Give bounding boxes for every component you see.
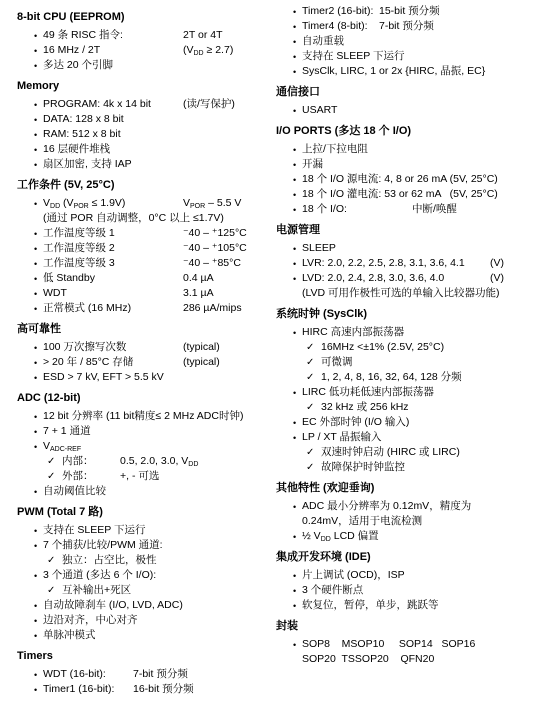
- list-item: •18 个 I/O 灌电流: 53 or 62 mA (5V, 25°C): [276, 187, 530, 202]
- section-title: 其他特性 (欢迎垂询): [276, 481, 530, 496]
- bullet-icon: •: [34, 614, 37, 629]
- list-item: •自动阈值比较: [17, 484, 261, 499]
- bullet-icon: •: [34, 257, 37, 272]
- item-text: VDD (VPOR ≤ 1.9V): [43, 197, 125, 209]
- bullet-icon: •: [293, 242, 296, 257]
- item-list: •SOP8 MSOP10 SOP14 SOP16SOP20 TSSOP20 QF…: [276, 637, 530, 667]
- bullet-icon: •: [34, 341, 37, 356]
- list-item: •Timer4 (8-bit):7-bit 预分频: [276, 19, 530, 34]
- list-item: •7 个捕获/比较/PWM 通道:: [17, 538, 261, 553]
- item-text: (通过 POR 自动调整，0°C 以上 ≤1.7V): [43, 212, 224, 224]
- list-item: ✓可微调: [276, 355, 530, 370]
- item-list: •100 万次擦写次数(typical)•> 20 年 / 85°C 存储(ty…: [17, 340, 261, 385]
- bullet-icon: •: [34, 287, 37, 302]
- item-text: LP / XT 晶振输入: [302, 431, 382, 443]
- section-title: PWM (Total 7 路): [17, 505, 261, 520]
- bullet-icon: •: [293, 386, 296, 401]
- item-text: 支持在 SLEEP 下运行: [43, 524, 146, 536]
- item-text: Timer1 (16-bit):: [43, 683, 114, 695]
- item-value: ⁻40 – ⁺125°C: [183, 226, 247, 241]
- item-text: LIRC 低功耗低速内部振荡器: [302, 386, 434, 398]
- bullet-icon: •: [34, 272, 37, 287]
- list-item: •PROGRAM: 4k x 14 bit(读/写保护): [17, 97, 261, 112]
- bullet-icon: •: [34, 242, 37, 257]
- bullet-icon: •: [34, 59, 37, 74]
- item-text: 18 个 I/O 源电流: 4, 8 or 26 mA (5V, 25°C): [302, 173, 498, 185]
- bullet-icon: •: [34, 113, 37, 128]
- bullet-icon: •: [293, 20, 296, 35]
- list-item: ✓内部：0.5, 2.0, 3.0, VDD: [17, 454, 261, 469]
- item-text: 软复位，暂停，单步，跳跃等: [302, 599, 439, 611]
- list-item: •12 bit 分辨率 (11 bit精度≤ 2 MHz ADC时钟): [17, 409, 261, 424]
- bullet-icon: •: [34, 485, 37, 500]
- list-item: (通过 POR 自动调整，0°C 以上 ≤1.7V): [17, 211, 261, 226]
- list-item: •LP / XT 晶振输入: [276, 430, 530, 445]
- feature-section: 集成开发环境 (IDE)•片上调试 (OCD)，ISP•3 个硬件断点•软复位，…: [276, 550, 530, 613]
- item-text: PROGRAM: 4k x 14 bit: [43, 98, 151, 110]
- item-text: Timer4 (8-bit):: [302, 20, 368, 32]
- bullet-icon: •: [34, 524, 37, 539]
- item-text: 互补输出+死区: [62, 584, 131, 596]
- bullet-icon: •: [34, 440, 37, 455]
- bullet-icon: •: [34, 128, 37, 143]
- bullet-icon: •: [293, 326, 296, 341]
- item-text: 16 层硬件堆栈: [43, 143, 110, 155]
- item-value: 3.1 µA: [183, 286, 214, 301]
- list-item: •3 个通道 (多达 6 个 I/O):: [17, 568, 261, 583]
- item-text: 1, 2, 4, 8, 16, 32, 64, 128 分频: [321, 371, 462, 383]
- item-value: ⁻40 – ⁺85°C: [183, 256, 241, 271]
- item-text: SOP8 MSOP10 SOP14 SOP16: [302, 638, 475, 650]
- item-text: 自动阈值比较: [43, 485, 106, 497]
- list-item: •LVR: 2.0, 2.2, 2.5, 2.8, 3.1, 3.6, 4.1(…: [276, 256, 530, 271]
- bullet-icon: •: [293, 203, 296, 218]
- item-text: LVD: 2.0, 2.4, 2.8, 3.0, 3.6, 4.0: [302, 272, 444, 284]
- feature-section: 8-bit CPU (EEPROM)•49 条 RISC 指令:2T or 4T…: [17, 10, 261, 73]
- item-text: VADC-REF: [43, 440, 81, 452]
- item-text: ESD > 7 kV, EFT > 5.5 kV: [43, 371, 164, 383]
- item-text: 开漏: [302, 158, 323, 170]
- item-list: •支持在 SLEEP 下运行•7 个捕获/比较/PWM 通道:✓独立：占空比，极…: [17, 523, 261, 643]
- section-title: 高可靠性: [17, 322, 261, 337]
- feature-section: •Timer2 (16-bit):15-bit 预分频•Timer4 (8-bi…: [276, 4, 530, 79]
- bullet-icon: •: [293, 50, 296, 65]
- item-text: 边沿对齐，中心对齐: [43, 614, 138, 626]
- item-text: WDT (16-bit):: [43, 668, 106, 680]
- list-item: •3 个硬件断点: [276, 583, 530, 598]
- list-item: •支持在 SLEEP 下运行: [276, 49, 530, 64]
- section-title: 电源管理: [276, 223, 530, 238]
- bullet-icon: •: [293, 104, 296, 119]
- item-text: SysClk, LIRC, 1 or 2x {HIRC, 晶振, EC}: [302, 65, 485, 77]
- bullet-icon: •: [34, 569, 37, 584]
- bullet-icon: •: [293, 158, 296, 173]
- list-item: ✓1, 2, 4, 8, 16, 32, 64, 128 分频: [276, 370, 530, 385]
- item-list: •SLEEP•LVR: 2.0, 2.2, 2.5, 2.8, 3.1, 3.6…: [276, 241, 530, 301]
- bullet-icon: •: [34, 425, 37, 440]
- list-item: (LVD 可用作极性可选的单输入比较器功能): [276, 286, 530, 301]
- bullet-icon: •: [293, 173, 296, 188]
- list-item: •HIRC 高速内部振荡器: [276, 325, 530, 340]
- list-item: ✓独立：占空比，极性: [17, 553, 261, 568]
- bullet-icon: •: [34, 599, 37, 614]
- feature-section: Timers•WDT (16-bit):7-bit 预分频•Timer1 (16…: [17, 649, 261, 697]
- check-icon: ✓: [306, 400, 314, 415]
- list-item: ✓故障保护时钟监控: [276, 460, 530, 475]
- list-item: •单脉冲模式: [17, 628, 261, 643]
- item-value: +, - 可选: [120, 469, 159, 484]
- list-item: •工作温度等级 2⁻40 – ⁺105°C: [17, 241, 261, 256]
- item-text: HIRC 高速内部振荡器: [302, 326, 404, 338]
- item-text: SLEEP: [302, 242, 336, 254]
- item-value: (读/写保护): [183, 97, 235, 112]
- bullet-icon: •: [293, 530, 296, 545]
- feature-section: 其他特性 (欢迎垂询)•ADC 最小分辨率为 0.12mV，精度为0.24mV，…: [276, 481, 530, 544]
- item-value: 7-bit 预分频: [133, 667, 188, 682]
- list-item: •> 20 年 / 85°C 存储(typical): [17, 355, 261, 370]
- list-item: •工作温度等级 3⁻40 – ⁺85°C: [17, 256, 261, 271]
- list-item: •片上调试 (OCD)，ISP: [276, 568, 530, 583]
- section-title: 封装: [276, 619, 530, 634]
- item-value: (typical): [183, 340, 220, 355]
- section-title: 系统时钟 (SysClk): [276, 307, 530, 322]
- list-item: •SLEEP: [276, 241, 530, 256]
- item-text: 12 bit 分辨率 (11 bit精度≤ 2 MHz ADC时钟): [43, 410, 243, 422]
- bullet-icon: •: [293, 431, 296, 446]
- feature-section: 封装•SOP8 MSOP10 SOP14 SOP16SOP20 TSSOP20 …: [276, 619, 530, 667]
- list-item: •开漏: [276, 157, 530, 172]
- check-icon: ✓: [306, 370, 314, 385]
- section-title: I/O PORTS (多达 18 个 I/O): [276, 124, 530, 139]
- bullet-icon: •: [293, 584, 296, 599]
- bullet-icon: •: [34, 410, 37, 425]
- item-text: 18 个 I/O:: [302, 203, 347, 215]
- item-value: (V): [490, 256, 504, 271]
- item-value: (typical): [183, 355, 220, 370]
- list-item: •Timer1 (16-bit):16-bit 预分频: [17, 682, 261, 697]
- section-title: 通信接口: [276, 85, 530, 100]
- bullet-icon: •: [293, 257, 296, 272]
- feature-section: 工作条件 (5V, 25°C)•VDD (VPOR ≤ 1.9V)VPOR – …: [17, 178, 261, 316]
- item-value: (VDD ≥ 2.7): [183, 43, 233, 58]
- list-item: •扇区加密, 支持 IAP: [17, 157, 261, 172]
- list-item: •边沿对齐，中心对齐: [17, 613, 261, 628]
- item-text: Timer2 (16-bit):: [302, 5, 373, 17]
- section-title: Memory: [17, 79, 261, 94]
- list-item: •16 层硬件堆栈: [17, 142, 261, 157]
- list-item: •支持在 SLEEP 下运行: [17, 523, 261, 538]
- item-value: 0.5, 2.0, 3.0, VDD: [120, 454, 198, 469]
- item-text: 扇区加密, 支持 IAP: [43, 158, 132, 170]
- bullet-icon: •: [34, 371, 37, 386]
- item-text: 18 个 I/O 灌电流: 53 or 62 mA (5V, 25°C): [302, 188, 498, 200]
- bullet-icon: •: [293, 143, 296, 158]
- item-value: (V): [490, 271, 504, 286]
- section-title: Timers: [17, 649, 261, 664]
- list-item: •SOP8 MSOP10 SOP14 SOP16: [276, 637, 530, 652]
- item-value: 16-bit 预分频: [133, 682, 194, 697]
- item-value: 0.4 µA: [183, 271, 214, 286]
- bullet-icon: •: [34, 197, 37, 212]
- item-list: •HIRC 高速内部振荡器✓16MHz <±1% (2.5V, 25°C)✓可微…: [276, 325, 530, 475]
- item-text: 32 kHz 或 256 kHz: [321, 401, 409, 413]
- bullet-icon: •: [34, 29, 37, 44]
- section-title: ADC (12-bit): [17, 391, 261, 406]
- list-item: •EC 外部时钟 (I/O 输入): [276, 415, 530, 430]
- item-text: WDT: [43, 287, 67, 299]
- list-item: •VADC-REF: [17, 439, 261, 454]
- item-value: 2T or 4T: [183, 28, 223, 43]
- item-text: 工作温度等级 2: [43, 242, 115, 254]
- item-list: •USART: [276, 103, 530, 118]
- item-text: 7 个捕获/比较/PWM 通道:: [43, 539, 163, 551]
- list-item: •多达 20 个引脚: [17, 58, 261, 73]
- check-icon: ✓: [306, 460, 314, 475]
- check-icon: ✓: [47, 469, 55, 484]
- feature-section: 电源管理•SLEEP•LVR: 2.0, 2.2, 2.5, 2.8, 3.1,…: [276, 223, 530, 301]
- list-item: •SysClk, LIRC, 1 or 2x {HIRC, 晶振, EC}: [276, 64, 530, 79]
- list-item: •USART: [276, 103, 530, 118]
- item-text: > 20 年 / 85°C 存储: [43, 356, 133, 368]
- item-value: VPOR – 5.5 V: [183, 196, 241, 211]
- bullet-icon: •: [293, 569, 296, 584]
- bullet-icon: •: [34, 44, 37, 59]
- item-text: 100 万次擦写次数: [43, 341, 126, 353]
- list-item: •49 条 RISC 指令:2T or 4T: [17, 28, 261, 43]
- item-text: ADC 最小分辨率为 0.12mV，精度为: [302, 500, 471, 512]
- item-list: •49 条 RISC 指令:2T or 4T•16 MHz / 2T(VDD ≥…: [17, 28, 261, 73]
- list-item: ✓外部：+, - 可选: [17, 469, 261, 484]
- list-item: •DATA: 128 x 8 bit: [17, 112, 261, 127]
- list-item: •16 MHz / 2T(VDD ≥ 2.7): [17, 43, 261, 58]
- feature-section: PWM (Total 7 路)•支持在 SLEEP 下运行•7 个捕获/比较/P…: [17, 505, 261, 643]
- bullet-icon: •: [34, 227, 37, 242]
- list-item: ✓双速时钟启动 (HIRC 或 LIRC): [276, 445, 530, 460]
- list-item: •工作温度等级 1⁻40 – ⁺125°C: [17, 226, 261, 241]
- bullet-icon: •: [293, 500, 296, 515]
- feature-section: Memory•PROGRAM: 4k x 14 bit(读/写保护)•DATA:…: [17, 79, 261, 172]
- item-text: SOP20 TSSOP20 QFN20: [302, 653, 434, 665]
- bullet-icon: •: [293, 5, 296, 20]
- list-item: •LIRC 低功耗低速内部振荡器: [276, 385, 530, 400]
- item-text: DATA: 128 x 8 bit: [43, 113, 124, 125]
- bullet-icon: •: [34, 143, 37, 158]
- left-column: 8-bit CPU (EEPROM)•49 条 RISC 指令:2T or 4T…: [0, 0, 269, 707]
- bullet-icon: •: [34, 629, 37, 644]
- item-text: 3 个硬件断点: [302, 584, 363, 596]
- item-text: 单脉冲模式: [43, 629, 96, 641]
- item-text: 上拉/下拉电阻: [302, 143, 368, 155]
- list-item: •½ VDD LCD 偏置: [276, 529, 530, 544]
- list-item: ✓32 kHz 或 256 kHz: [276, 400, 530, 415]
- item-text: 外部：: [62, 470, 94, 482]
- item-text: 7 + 1 通道: [43, 425, 91, 437]
- item-text: 16MHz <±1% (2.5V, 25°C): [321, 341, 444, 353]
- bullet-icon: •: [34, 302, 37, 317]
- item-value: ⁻40 – ⁺105°C: [183, 241, 247, 256]
- list-item: •18 个 I/O 源电流: 4, 8 or 26 mA (5V, 25°C): [276, 172, 530, 187]
- bullet-icon: •: [34, 683, 37, 698]
- list-item: •低 Standby0.4 µA: [17, 271, 261, 286]
- item-text: 工作温度等级 1: [43, 227, 115, 239]
- item-text: 多达 20 个引脚: [43, 59, 113, 71]
- feature-section: 高可靠性•100 万次擦写次数(typical)•> 20 年 / 85°C 存…: [17, 322, 261, 385]
- list-item: SOP20 TSSOP20 QFN20: [276, 652, 530, 667]
- list-item: •100 万次擦写次数(typical): [17, 340, 261, 355]
- bullet-icon: •: [293, 188, 296, 203]
- bullet-icon: •: [293, 638, 296, 653]
- item-text: 自动重载: [302, 35, 344, 47]
- item-text: 故障保护时钟监控: [321, 461, 405, 473]
- bullet-icon: •: [293, 416, 296, 431]
- list-item: 0.24mV，适用于电流检测: [276, 514, 530, 529]
- item-value: 286 µA/mips: [183, 301, 242, 316]
- list-item: •ESD > 7 kV, EFT > 5.5 kV: [17, 370, 261, 385]
- list-item: •软复位，暂停，单步，跳跃等: [276, 598, 530, 613]
- list-item: •VDD (VPOR ≤ 1.9V)VPOR – 5.5 V: [17, 196, 261, 211]
- list-item: •自动重载: [276, 34, 530, 49]
- item-value: 7-bit 预分频: [379, 19, 434, 34]
- item-list: •Timer2 (16-bit):15-bit 预分频•Timer4 (8-bi…: [276, 4, 530, 79]
- check-icon: ✓: [306, 355, 314, 370]
- section-title: 工作条件 (5V, 25°C): [17, 178, 261, 193]
- item-list: •WDT (16-bit):7-bit 预分频•Timer1 (16-bit):…: [17, 667, 261, 697]
- item-text: 可微调: [321, 356, 353, 368]
- bullet-icon: •: [34, 668, 37, 683]
- item-text: 独立：占空比，极性: [62, 554, 157, 566]
- bullet-icon: •: [34, 356, 37, 371]
- list-item: •7 + 1 通道: [17, 424, 261, 439]
- item-list: •12 bit 分辨率 (11 bit精度≤ 2 MHz ADC时钟)•7 + …: [17, 409, 261, 499]
- item-text: 49 条 RISC 指令:: [43, 29, 123, 41]
- item-text: 低 Standby: [43, 272, 95, 284]
- list-item: •18 个 I/O:中断/唤醒: [276, 202, 530, 217]
- list-item: •上拉/下拉电阻: [276, 142, 530, 157]
- bullet-icon: •: [293, 65, 296, 80]
- right-column: •Timer2 (16-bit):15-bit 预分频•Timer4 (8-bi…: [269, 0, 538, 707]
- item-value: 中断/唤醒: [412, 202, 457, 217]
- list-item: •LVD: 2.0, 2.4, 2.8, 3.0, 3.6, 4.0(V): [276, 271, 530, 286]
- list-item: ✓16MHz <±1% (2.5V, 25°C): [276, 340, 530, 355]
- list-item: •正常模式 (16 MHz)286 µA/mips: [17, 301, 261, 316]
- item-text: (LVD 可用作极性可选的单输入比较器功能): [302, 287, 500, 299]
- list-item: •Timer2 (16-bit):15-bit 预分频: [276, 4, 530, 19]
- item-text: 正常模式 (16 MHz): [43, 302, 131, 314]
- feature-section: ADC (12-bit)•12 bit 分辨率 (11 bit精度≤ 2 MHz…: [17, 391, 261, 499]
- item-text: RAM: 512 x 8 bit: [43, 128, 121, 140]
- bullet-icon: •: [34, 539, 37, 554]
- item-list: •上拉/下拉电阻•开漏•18 个 I/O 源电流: 4, 8 or 26 mA …: [276, 142, 530, 217]
- bullet-icon: •: [34, 98, 37, 113]
- item-text: 双速时钟启动 (HIRC 或 LIRC): [321, 446, 460, 458]
- bullet-icon: •: [34, 158, 37, 173]
- item-text: 16 MHz / 2T: [43, 44, 100, 56]
- document-page: 8-bit CPU (EEPROM)•49 条 RISC 指令:2T or 4T…: [0, 0, 538, 707]
- item-text: LVR: 2.0, 2.2, 2.5, 2.8, 3.1, 3.6, 4.1: [302, 257, 465, 269]
- bullet-icon: •: [293, 599, 296, 614]
- check-icon: ✓: [47, 553, 55, 568]
- list-item: ✓互补输出+死区: [17, 583, 261, 598]
- item-list: •PROGRAM: 4k x 14 bit(读/写保护)•DATA: 128 x…: [17, 97, 261, 172]
- bullet-icon: •: [293, 35, 296, 50]
- item-text: 工作温度等级 3: [43, 257, 115, 269]
- list-item: •ADC 最小分辨率为 0.12mV，精度为: [276, 499, 530, 514]
- item-text: 内部：: [62, 455, 94, 467]
- item-text: 3 个通道 (多达 6 个 I/O):: [43, 569, 156, 581]
- list-item: •WDT (16-bit):7-bit 预分频: [17, 667, 261, 682]
- list-item: •RAM: 512 x 8 bit: [17, 127, 261, 142]
- item-list: •VDD (VPOR ≤ 1.9V)VPOR – 5.5 V(通过 POR 自动…: [17, 196, 261, 316]
- item-text: 片上调试 (OCD)，ISP: [302, 569, 405, 581]
- check-icon: ✓: [306, 340, 314, 355]
- item-text: EC 外部时钟 (I/O 输入): [302, 416, 409, 428]
- item-value: 15-bit 预分频: [379, 4, 440, 19]
- section-title: 8-bit CPU (EEPROM): [17, 10, 261, 25]
- item-text: 0.24mV，适用于电流检测: [302, 515, 422, 527]
- list-item: •自动故障刹车 (I/O, LVD, ADC): [17, 598, 261, 613]
- check-icon: ✓: [47, 454, 55, 469]
- item-list: •ADC 最小分辨率为 0.12mV，精度为0.24mV，适用于电流检测•½ V…: [276, 499, 530, 544]
- feature-section: I/O PORTS (多达 18 个 I/O)•上拉/下拉电阻•开漏•18 个 …: [276, 124, 530, 217]
- section-title: 集成开发环境 (IDE): [276, 550, 530, 565]
- list-item: •WDT3.1 µA: [17, 286, 261, 301]
- bullet-icon: •: [293, 272, 296, 287]
- item-text: 自动故障刹车 (I/O, LVD, ADC): [43, 599, 183, 611]
- item-list: •片上调试 (OCD)，ISP•3 个硬件断点•软复位，暂停，单步，跳跃等: [276, 568, 530, 613]
- item-text: ½ VDD LCD 偏置: [302, 530, 379, 542]
- item-text: USART: [302, 104, 337, 116]
- item-text: 支持在 SLEEP 下运行: [302, 50, 405, 62]
- feature-section: 系统时钟 (SysClk)•HIRC 高速内部振荡器✓16MHz <±1% (2…: [276, 307, 530, 475]
- check-icon: ✓: [47, 583, 55, 598]
- check-icon: ✓: [306, 445, 314, 460]
- feature-section: 通信接口•USART: [276, 85, 530, 118]
